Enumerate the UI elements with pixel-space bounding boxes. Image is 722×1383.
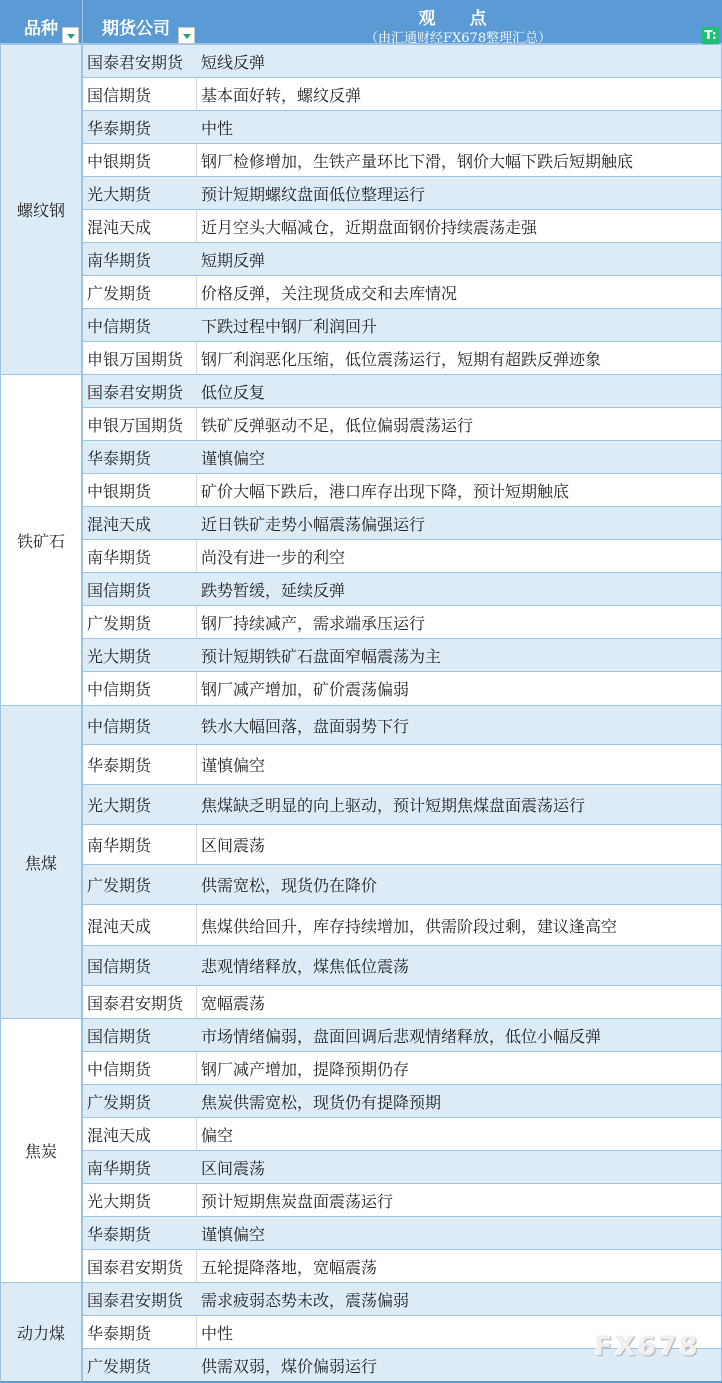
- table-row: 国泰君安期货低位反复: [82, 375, 722, 408]
- table-row: 混沌天成偏空: [82, 1118, 722, 1151]
- company-cell: 光大期货: [82, 177, 197, 209]
- company-cell: 混沌天成: [82, 905, 197, 945]
- view-cell: 预计短期螺纹盘面低位整理运行: [197, 177, 722, 209]
- header-company: 期货公司: [82, 0, 197, 45]
- company-cell: 广发期货: [82, 276, 197, 308]
- company-cell: 国泰君安期货: [82, 375, 197, 407]
- table-row: 华泰期货中性: [82, 111, 722, 144]
- table-row: 光大期货预计短期螺纹盘面低位整理运行: [82, 177, 722, 210]
- header-variety-label: 品种: [24, 14, 58, 39]
- view-cell: 宽幅震荡: [197, 986, 722, 1018]
- table-row: 中银期货钢厂检修增加，生铁产量环比下滑，钢价大幅下跌后短期触底: [82, 144, 722, 177]
- table-row: 南华期货短期反弹: [82, 243, 722, 276]
- table-row: 混沌天成焦煤供给回升，库存持续增加，供需阶段过剩，建议逢高空: [82, 905, 722, 946]
- table-row: 中信期货钢厂减产增加，提降预期仍存: [82, 1052, 722, 1085]
- table-row: 广发期货供需宽松，现货仍在降价: [82, 865, 722, 905]
- company-cell: 中信期货: [82, 309, 197, 341]
- table-row: 广发期货钢厂持续减产，需求端承压运行: [82, 606, 722, 639]
- company-cell: 南华期货: [82, 243, 197, 275]
- view-cell: 跌势暂缓，延续反弹: [197, 573, 722, 605]
- table-row: 国泰君安期货五轮提降落地，宽幅震荡: [82, 1250, 722, 1283]
- variety-cell: 动力煤: [0, 1283, 82, 1383]
- company-cell: 南华期货: [82, 825, 197, 864]
- company-cell: 光大期货: [82, 1184, 197, 1216]
- view-cell: 铁水大幅回落，盘面弱势下行: [197, 706, 722, 744]
- table-row: 国泰君安期货需求疲弱态势未改，震荡偏弱: [82, 1283, 722, 1316]
- view-cell: 市场情绪偏弱，盘面回调后悲观情绪释放，低位小幅反弹: [197, 1019, 722, 1051]
- view-cell: 价格反弹，关注现货成交和去库情况: [197, 276, 722, 308]
- company-cell: 广发期货: [82, 1349, 197, 1381]
- view-cell: 短期反弹: [197, 243, 722, 275]
- company-cell: 混沌天成: [82, 1118, 197, 1150]
- table-row: 南华期货尚没有进一步的利空: [82, 540, 722, 573]
- filter-active-icon[interactable]: T:: [702, 27, 719, 44]
- view-cell: 谨慎偏空: [197, 1217, 722, 1249]
- company-cell: 中银期货: [82, 144, 197, 176]
- table-row: 光大期货预计短期焦炭盘面震荡运行: [82, 1184, 722, 1217]
- company-cell: 申银万国期货: [82, 342, 197, 374]
- table-row: 中信期货下跌过程中钢厂利润回升: [82, 309, 722, 342]
- group-iron-ore: 铁矿石 国泰君安期货低位反复 申银万国期货铁矿反弹驱动不足，低位偏弱震荡运行 华…: [0, 375, 722, 706]
- view-cell: 尚没有进一步的利空: [197, 540, 722, 572]
- table-row: 中信期货铁水大幅回落，盘面弱势下行: [82, 706, 722, 745]
- view-cell: 矿价大幅下跌后，港口库存出现下降，预计短期触底: [197, 474, 722, 506]
- table-row: 国信期货市场情绪偏弱，盘面回调后悲观情绪释放，低位小幅反弹: [82, 1019, 722, 1052]
- header-view-subtitle: （由汇通财经FX678整理汇总）: [365, 27, 551, 46]
- table-row: 中银期货矿价大幅下跌后，港口库存出现下降，预计短期触底: [82, 474, 722, 507]
- table-header: 品种 期货公司 观 点 （由汇通财经FX678整理汇总） T:: [0, 0, 722, 45]
- company-cell: 国信期货: [82, 1019, 197, 1051]
- view-cell: 悲观情绪释放，煤焦低位震荡: [197, 946, 722, 985]
- company-cell: 华泰期货: [82, 1217, 197, 1249]
- table-row: 混沌天成近月空头大幅减仓，近期盘面钢价持续震荡走强: [82, 210, 722, 243]
- table-row: 华泰期货中性: [82, 1316, 722, 1349]
- view-cell: 近月空头大幅减仓，近期盘面钢价持续震荡走强: [197, 210, 722, 242]
- company-cell: 国信期货: [82, 946, 197, 985]
- variety-cell: 铁矿石: [0, 375, 82, 706]
- table-row: 广发期货供需双弱，煤价偏弱运行: [82, 1349, 722, 1383]
- company-cell: 国泰君安期货: [82, 45, 197, 77]
- view-cell: 五轮提降落地，宽幅震荡: [197, 1250, 722, 1282]
- header-view-title: 观 点: [197, 4, 722, 29]
- table-row: 国泰君安期货短线反弹: [82, 45, 722, 78]
- company-cell: 光大期货: [82, 639, 197, 671]
- view-cell: 钢厂持续减产，需求端承压运行: [197, 606, 722, 638]
- company-cell: 南华期货: [82, 540, 197, 572]
- company-cell: 华泰期货: [82, 111, 197, 143]
- table-row: 国信期货跌势暂缓，延续反弹: [82, 573, 722, 606]
- variety-cell: 焦煤: [0, 706, 82, 1019]
- group-coke: 焦炭 国信期货市场情绪偏弱，盘面回调后悲观情绪释放，低位小幅反弹 中信期货钢厂减…: [0, 1019, 722, 1283]
- company-cell: 广发期货: [82, 865, 197, 904]
- view-cell: 钢厂减产增加，提降预期仍存: [197, 1052, 722, 1084]
- company-cell: 混沌天成: [82, 210, 197, 242]
- view-cell: 供需双弱，煤价偏弱运行: [197, 1349, 722, 1381]
- view-cell: 铁矿反弹驱动不足，低位偏弱震荡运行: [197, 408, 722, 440]
- company-cell: 国泰君安期货: [82, 1250, 197, 1282]
- company-cell: 南华期货: [82, 1151, 197, 1183]
- table-row: 广发期货价格反弹，关注现货成交和去库情况: [82, 276, 722, 309]
- group-thermal-coal: 动力煤 国泰君安期货需求疲弱态势未改，震荡偏弱 华泰期货中性 广发期货供需双弱，…: [0, 1283, 722, 1383]
- view-cell: 中性: [197, 1316, 722, 1348]
- company-cell: 中信期货: [82, 672, 197, 705]
- company-cell: 光大期货: [82, 785, 197, 824]
- table-row: 光大期货预计短期铁矿石盘面窄幅震荡为主: [82, 639, 722, 672]
- view-cell: 中性: [197, 111, 722, 143]
- variety-cell: 螺纹钢: [0, 45, 82, 375]
- company-cell: 中银期货: [82, 474, 197, 506]
- view-cell: 区间震荡: [197, 825, 722, 864]
- view-cell: 偏空: [197, 1118, 722, 1150]
- variety-filter-dropdown-icon[interactable]: [62, 27, 79, 44]
- table-row: 国信期货基本面好转，螺纹反弹: [82, 78, 722, 111]
- company-cell: 国泰君安期货: [82, 986, 197, 1018]
- view-cell: 短线反弹: [197, 45, 722, 77]
- table-row: 申银万国期货钢厂利润恶化压缩，低位震荡运行，短期有超跌反弹迹象: [82, 342, 722, 375]
- company-filter-dropdown-icon[interactable]: [178, 27, 195, 44]
- table-row: 南华期货区间震荡: [82, 1151, 722, 1184]
- table-row: 华泰期货谨慎偏空: [82, 1217, 722, 1250]
- company-cell: 华泰期货: [82, 745, 197, 784]
- company-cell: 广发期货: [82, 1085, 197, 1117]
- header-variety: 品种: [0, 0, 83, 45]
- view-cell: 低位反复: [197, 375, 722, 407]
- group-coking-coal: 焦煤 中信期货铁水大幅回落，盘面弱势下行 华泰期货谨慎偏空 光大期货焦煤缺乏明显…: [0, 706, 722, 1019]
- view-cell: 供需宽松，现货仍在降价: [197, 865, 722, 904]
- company-cell: 申银万国期货: [82, 408, 197, 440]
- company-cell: 国泰君安期货: [82, 1283, 197, 1315]
- view-cell: 谨慎偏空: [197, 745, 722, 784]
- group-rebar: 螺纹钢 国泰君安期货短线反弹 国信期货基本面好转，螺纹反弹 华泰期货中性 中银期…: [0, 45, 722, 375]
- company-cell: 广发期货: [82, 606, 197, 638]
- company-cell: 中信期货: [82, 706, 197, 744]
- table-row: 广发期货焦炭供需宽松，现货仍有提降预期: [82, 1085, 722, 1118]
- table-row: 华泰期货谨慎偏空: [82, 441, 722, 474]
- header-company-label: 期货公司: [102, 14, 170, 39]
- variety-cell: 焦炭: [0, 1019, 82, 1283]
- company-cell: 华泰期货: [82, 1316, 197, 1348]
- table-row: 中信期货钢厂减产增加，矿价震荡偏弱: [82, 672, 722, 706]
- company-cell: 国信期货: [82, 78, 197, 110]
- table-row: 国泰君安期货宽幅震荡: [82, 986, 722, 1019]
- table-row: 申银万国期货铁矿反弹驱动不足，低位偏弱震荡运行: [82, 408, 722, 441]
- company-cell: 国信期货: [82, 573, 197, 605]
- view-cell: 焦煤供给回升，库存持续增加，供需阶段过剩，建议逢高空: [197, 905, 722, 945]
- view-cell: 区间震荡: [197, 1151, 722, 1183]
- view-cell: 钢厂减产增加，矿价震荡偏弱: [197, 672, 722, 705]
- company-cell: 中信期货: [82, 1052, 197, 1084]
- view-cell: 预计短期铁矿石盘面窄幅震荡为主: [197, 639, 722, 671]
- table-row: 华泰期货谨慎偏空: [82, 745, 722, 785]
- company-cell: 混沌天成: [82, 507, 197, 539]
- view-cell: 基本面好转，螺纹反弹: [197, 78, 722, 110]
- view-cell: 焦炭供需宽松，现货仍有提降预期: [197, 1085, 722, 1117]
- table-row: 混沌天成近日铁矿走势小幅震荡偏强运行: [82, 507, 722, 540]
- table-row: 南华期货区间震荡: [82, 825, 722, 865]
- view-cell: 钢厂利润恶化压缩，低位震荡运行，短期有超跌反弹迹象: [197, 342, 722, 374]
- table-row: 国信期货悲观情绪释放，煤焦低位震荡: [82, 946, 722, 986]
- company-cell: 华泰期货: [82, 441, 197, 473]
- view-cell: 谨慎偏空: [197, 441, 722, 473]
- view-cell: 钢厂检修增加，生铁产量环比下滑，钢价大幅下跌后短期触底: [197, 144, 722, 176]
- table-row: 光大期货焦煤缺乏明显的向上驱动，预计短期焦煤盘面震荡运行: [82, 785, 722, 825]
- view-cell: 预计短期焦炭盘面震荡运行: [197, 1184, 722, 1216]
- view-cell: 焦煤缺乏明显的向上驱动，预计短期焦煤盘面震荡运行: [197, 785, 722, 824]
- view-cell: 需求疲弱态势未改，震荡偏弱: [197, 1283, 722, 1315]
- header-view: 观 点 （由汇通财经FX678整理汇总）: [197, 0, 722, 45]
- view-cell: 近日铁矿走势小幅震荡偏强运行: [197, 507, 722, 539]
- view-cell: 下跌过程中钢厂利润回升: [197, 309, 722, 341]
